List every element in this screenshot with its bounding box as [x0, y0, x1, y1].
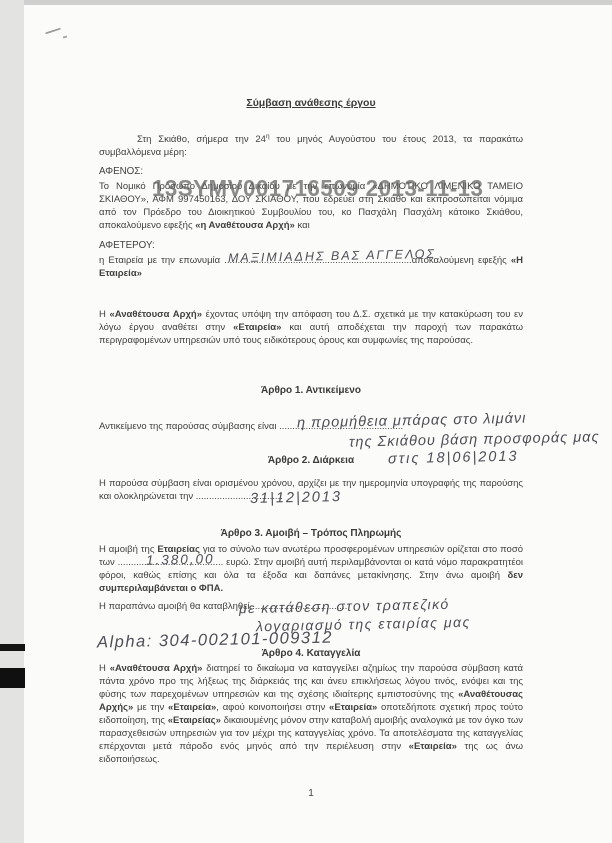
handwritten-amount: 1.380,00 — [146, 551, 215, 567]
pencil-mark-small — [63, 36, 67, 39]
article-2-heading: Άρθρο 2. Διάρκεια — [99, 455, 523, 466]
article-4-heading: Άρθρο 4. Καταγγελία — [99, 648, 523, 659]
assignment-paragraph: Η «Αναθέτουσα Αρχή» έχοντας υπόψη την απ… — [99, 308, 523, 347]
handwritten-end-date: 31|12|2013 — [250, 489, 342, 507]
binder-mark-1 — [0, 644, 25, 651]
contract-title: Σύμβαση ανάθεσης έργου — [99, 97, 523, 109]
handwritten-payment-line-1: με κατάθεση στον τραπεζικό — [239, 596, 450, 616]
binder-mark-2 — [0, 668, 25, 688]
scan-edge-top — [0, 0, 612, 5]
article-1-heading: Άρθρο 1. Αντικείμενο — [99, 385, 523, 396]
registry-number-stamp: 13SYMV001716509 2013-11-13 — [152, 175, 483, 202]
article-3-heading: Άρθρο 3. Αμοιβή – Τρόπος Πληρωμής — [99, 528, 523, 539]
pencil-mark — [45, 28, 61, 35]
scan-edge-left — [0, 0, 24, 843]
page-number: 1 — [99, 788, 523, 799]
article-4-paragraph: Η «Αναθέτουσα Αρχή» διατηρεί το δικαίωμα… — [99, 662, 523, 766]
intro-paragraph: Στη Σκιάθο, σήμερα την 24η του μηνός Αυγ… — [99, 130, 523, 159]
scanned-contract-page: { "document": { "title": "Σύμβαση ανάθεσ… — [0, 0, 612, 843]
article-3-paragraph: Η αμοιβή της Εταιρείας για το σύνολο των… — [99, 543, 523, 595]
